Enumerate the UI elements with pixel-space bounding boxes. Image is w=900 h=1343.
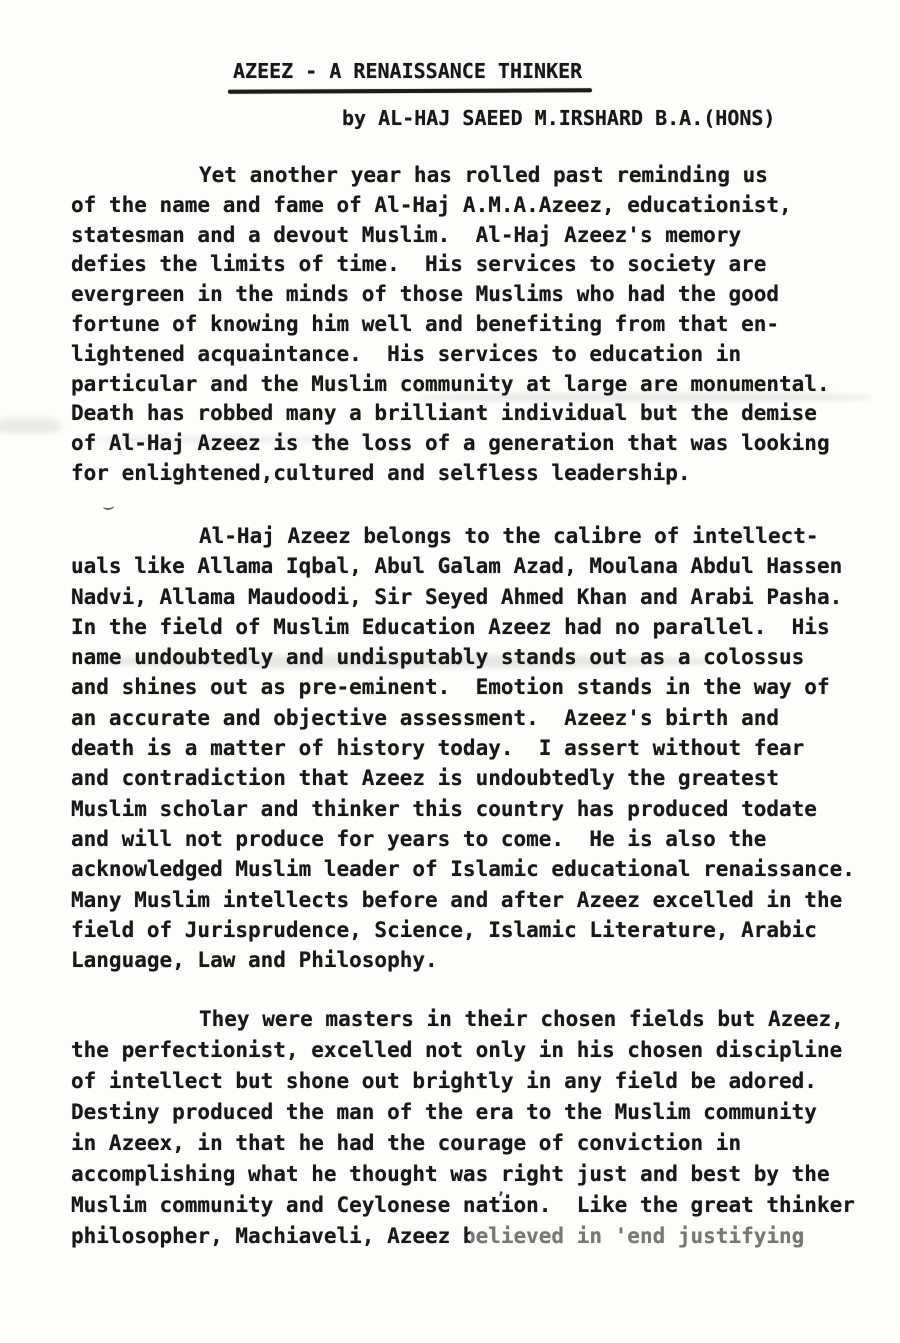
text-line: Death has robbed many a brilliant indivi…	[71, 399, 883, 429]
text-line: and will not produce for years to come. …	[71, 824, 883, 854]
text-line: field of Jurisprudence, Science, Islamic…	[71, 915, 883, 945]
text-line: particular and the Muslim community at l…	[71, 370, 883, 400]
text-line: philosopher, Machiaveli, Azeez believed …	[71, 1221, 883, 1252]
text-line: evergreen in the minds of those Muslims …	[71, 280, 883, 310]
byline: by AL-HAJ SAEED M.IRSHARD B.A.(HONS)	[342, 108, 775, 128]
page-edge-smudge	[0, 418, 62, 434]
text-line: and contradiction that Azeez is undoubte…	[71, 763, 883, 793]
title-underline	[228, 88, 592, 94]
text-line: in Azeex, in that he had the courage of …	[71, 1128, 883, 1159]
text-line: Yet another year has rolled past remindi…	[71, 161, 883, 191]
text-line: Al-Haj Azeez belongs to the calibre of i…	[71, 521, 883, 551]
text-line: accomplishing what he thought was right …	[71, 1159, 883, 1190]
paragraph-1: Yet another year has rolled past remindi…	[71, 161, 883, 489]
text-line: an accurate and objective assessment. Az…	[71, 703, 883, 733]
stray-comma-mark: ,	[497, 1183, 505, 1197]
text-line: Destiny produced the man of the era to t…	[71, 1097, 883, 1128]
scanned-document-page: AZEEZ - A RENAISSANCE THINKER by AL-HAJ …	[0, 0, 900, 1343]
text-line: of Al-Haj Azeez is the loss of a generat…	[71, 429, 883, 459]
text-line: for enlightened,cultured and selfless le…	[71, 459, 883, 489]
text-line: Muslim community and Ceylonese nation. L…	[71, 1190, 883, 1221]
text-line: death is a matter of history today. I as…	[71, 733, 883, 763]
text-line: the perfectionist, excelled not only in …	[71, 1035, 883, 1066]
text-line: They were masters in their chosen fields…	[71, 1004, 883, 1035]
text-line: Muslim scholar and thinker this country …	[71, 794, 883, 824]
paragraph-3: They were masters in their chosen fields…	[71, 1004, 883, 1252]
stray-pen-mark	[103, 502, 115, 511]
text-line: Many Muslim intellects before and after …	[71, 885, 883, 915]
text-line: acknowledged Muslim leader of Islamic ed…	[71, 854, 883, 884]
text-line: uals like Allama Iqbal, Abul Galam Azad,…	[71, 551, 883, 581]
text-line: lightened acquaintance. His services to …	[71, 340, 883, 370]
text-line: statesman and a devout Muslim. Al-Haj Az…	[71, 221, 883, 251]
text-line: name undoubtedly and undisputably stands…	[71, 642, 883, 672]
text-line: of the name and fame of Al-Haj A.M.A.Aze…	[71, 191, 883, 221]
text-line: of intellect but shone out brightly in a…	[71, 1066, 883, 1097]
paragraph-2: Al-Haj Azeez belongs to the calibre of i…	[71, 521, 883, 975]
text-line: defies the limits of time. His services …	[71, 250, 883, 280]
text-line: fortune of knowing him well and benefiti…	[71, 310, 883, 340]
text-line: Language, Law and Philosophy.	[71, 945, 883, 975]
text-line: Nadvi, Allama Maudoodi, Sir Seyed Ahmed …	[71, 582, 883, 612]
document-title: AZEEZ - A RENAISSANCE THINKER	[233, 61, 582, 81]
text-line: and shines out as pre-eminent. Emotion s…	[71, 672, 883, 702]
text-line: In the field of Muslim Education Azeez h…	[71, 612, 883, 642]
